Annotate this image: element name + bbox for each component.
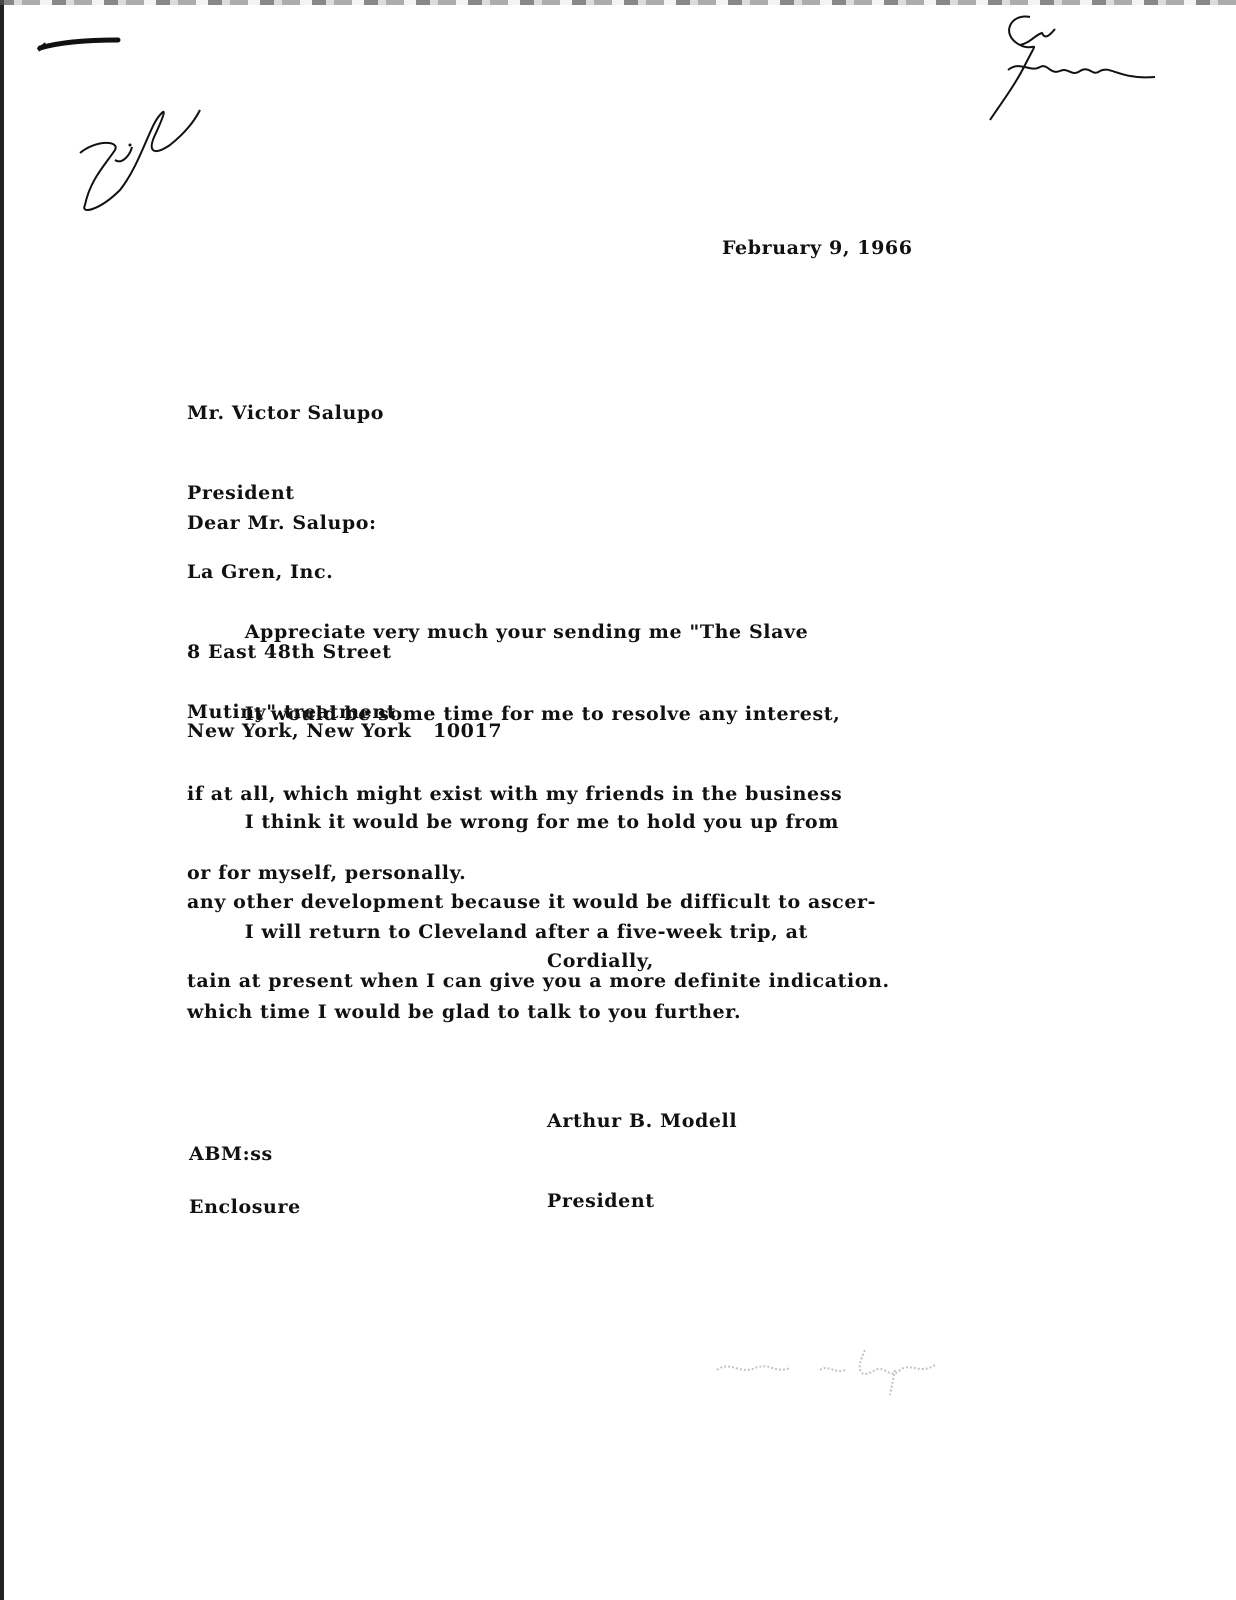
salutation: Dear Mr. Salupo:: [187, 510, 377, 537]
paragraph-line: I think it would be wrong for me to hold…: [187, 809, 890, 836]
paragraph-line: It would be some time for me to resolve …: [187, 701, 842, 728]
signer-name: Arthur B. Modell: [547, 1108, 737, 1135]
closing: Cordially,: [547, 948, 654, 975]
recipient-title: President: [187, 480, 502, 507]
signer-title: President: [547, 1188, 737, 1215]
scan-edge: [0, 0, 4, 1600]
letter-date: February 9, 1966: [722, 235, 913, 262]
pen-stroke-mark: [30, 28, 130, 58]
jim-brown-handwritten-note: Jim Brown: [980, 5, 1170, 125]
file-handwritten-note: File: [60, 85, 210, 220]
enclosure-notation: Enclosure: [189, 1194, 301, 1221]
recipient-name: Mr. Victor Salupo: [187, 400, 502, 427]
paragraph-line: Appreciate very much your sending me "Th…: [187, 619, 808, 646]
paragraph-line: I will return to Cleveland after a five-…: [187, 919, 808, 946]
body-paragraph-4: I will return to Cleveland after a five-…: [187, 866, 808, 1052]
reference-initials: ABM:ss: [189, 1141, 273, 1168]
signature-block: Arthur B. Modell President: [547, 1055, 737, 1241]
faint-handwritten-note: made no copies: [715, 1340, 955, 1400]
paragraph-line: which time I would be glad to talk to yo…: [187, 999, 808, 1026]
